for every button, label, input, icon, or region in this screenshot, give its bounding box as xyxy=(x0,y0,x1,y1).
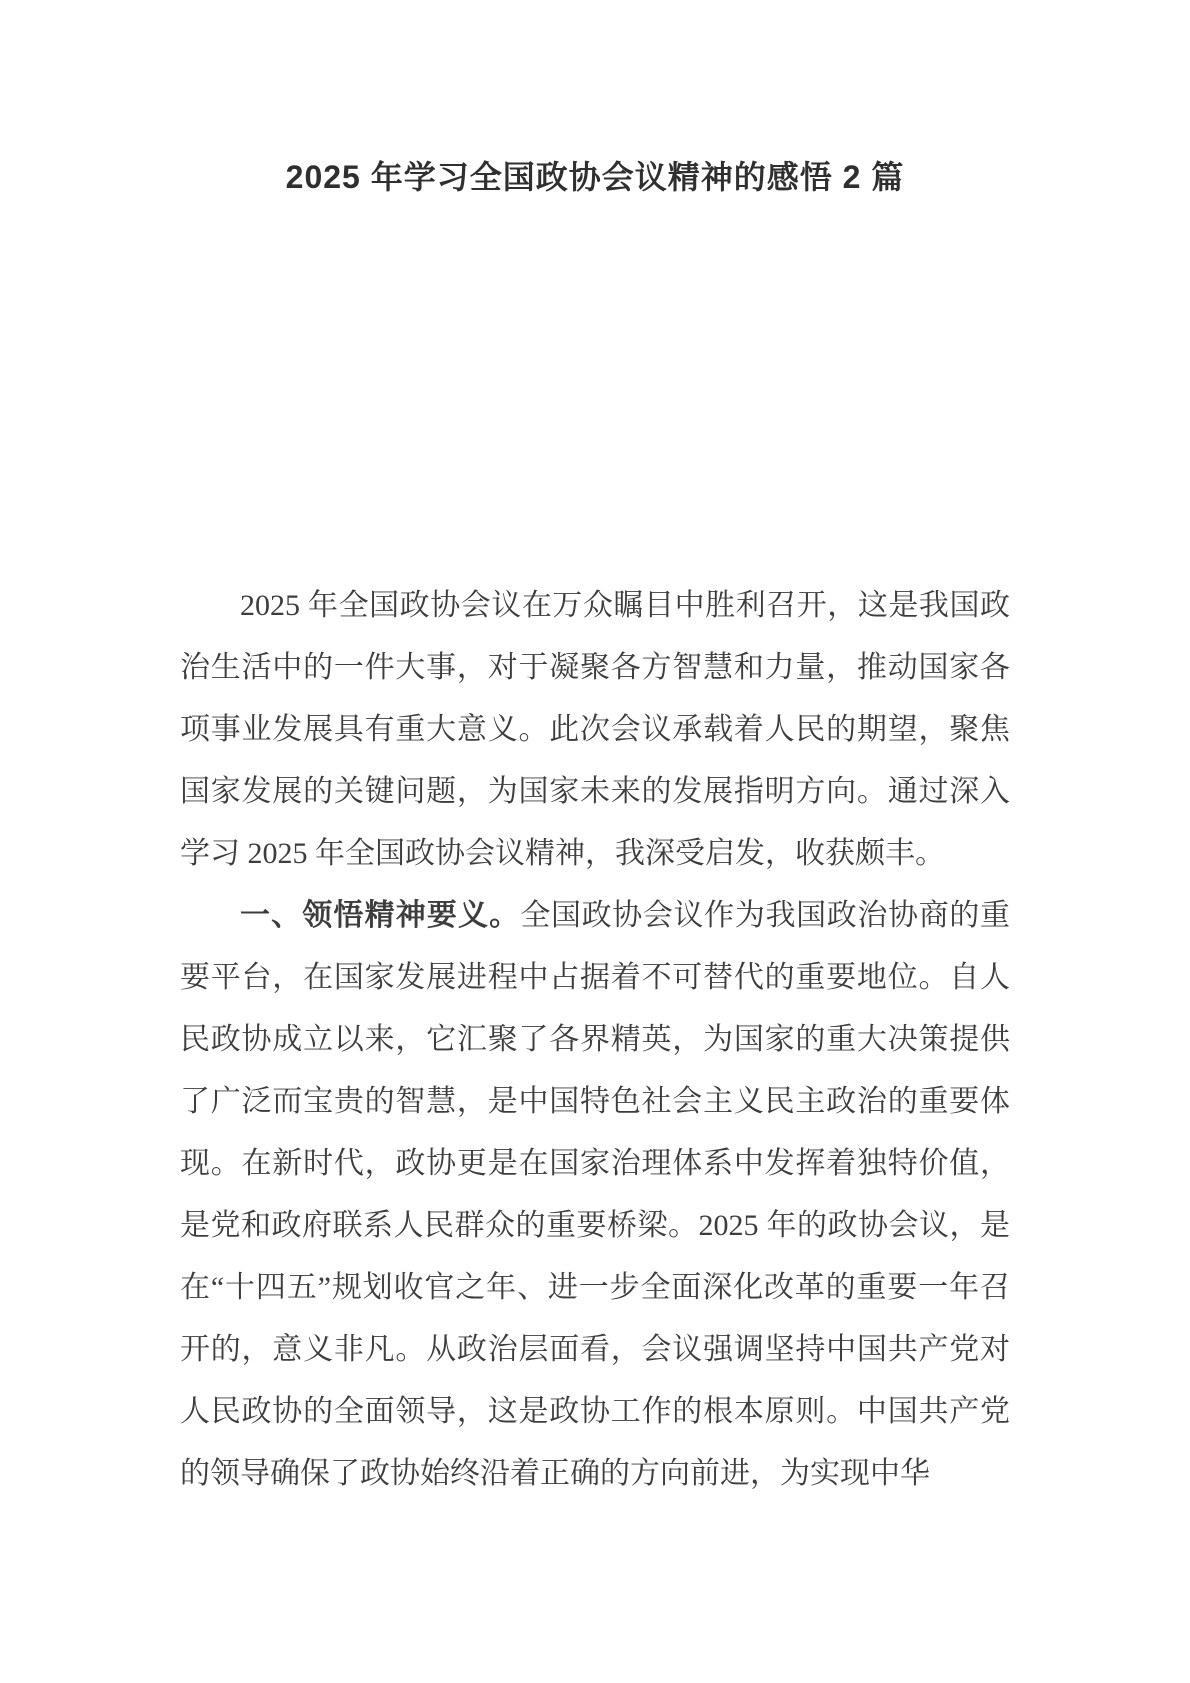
blank-space xyxy=(0,152,1190,575)
paragraph: 2025 年全国政协会议在万众瞩目中胜利召开，这是我国政治生活中的一件大事，对于… xyxy=(180,575,1010,885)
document-title: 2025 年学习全国政协会议精神的感悟 2 篇 xyxy=(0,0,1190,152)
document-page: 2025 年学习全国政协会议精神的感悟 2 篇 2025 年全国政协会议在万众瞩… xyxy=(0,0,1190,1683)
paragraph-lead: 一、领悟精神要义。 xyxy=(240,899,520,932)
paragraph-text: 2025 年全国政协会议在万众瞩目中胜利召开，这是我国政治生活中的一件大事，对于… xyxy=(180,589,1010,870)
paragraph: 一、领悟精神要义。全国政协会议作为我国政治协商的重要平台，在国家发展进程中占据着… xyxy=(180,885,1010,1505)
document-body: 2025 年全国政协会议在万众瞩目中胜利召开，这是我国政治生活中的一件大事，对于… xyxy=(180,575,1010,1505)
paragraph-text: 全国政协会议作为我国政治协商的重要平台，在国家发展进程中占据着不可替代的重要地位… xyxy=(180,899,1010,1490)
